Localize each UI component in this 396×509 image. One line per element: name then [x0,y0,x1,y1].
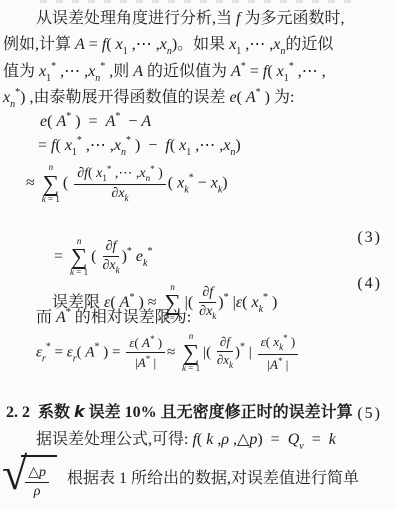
text-run: △ [28,465,39,480]
text-run: 2. 2 系数 [6,404,74,421]
text-run: k [125,193,129,203]
text-run: A [270,357,278,372]
equation-error-definition: e( A* ) = A* − A [0,110,396,133]
text-run: A [56,309,66,326]
text-run: 的近似 [285,36,333,53]
text-run: k [229,360,233,370]
text-run: 1 [102,173,107,183]
text-run: ( [197,431,206,448]
sigma-symbol: ∑ [43,173,59,195]
text-run: | [245,344,256,360]
text-run: A [138,355,146,370]
text-run: 值为 [3,63,39,80]
text-run: 为多元函数时, [240,10,344,27]
text-run: | [282,357,288,372]
fraction-numerator: ∂f( x1* ,⋯ ,xn* ) [74,164,166,185]
text-run: e [229,89,236,106]
text-run: ( [237,89,246,106]
equation-function-difference: = f( x1* ,⋯ ,xn* ) − f( x1 ,⋯ ,xn) [0,134,396,160]
text-run: x [160,36,167,53]
text-run: 的近似值为 [143,63,231,80]
text-run: ,⋯ , [56,63,88,80]
fraction-numerator: ε( xk* ) [258,333,299,354]
text-run: 误差 10% 且无密度修正时的误差计算 [85,404,353,421]
text-run: * [147,246,152,257]
text-run: 而 [36,309,56,326]
text-run: ) [261,89,274,106]
text-run: x [114,137,121,154]
text-run: r [42,353,46,364]
text-run: x [277,63,284,80]
text-run: ,⋯ , [241,36,273,53]
text-run: ( [88,166,96,181]
fraction-numerator: △p [25,465,49,483]
summation: n∑k = 1 [182,332,200,374]
text-run: = [304,431,329,448]
text-run: ( [168,174,177,191]
text-run: 1 [284,73,289,84]
text-run: n [121,147,126,158]
text-run: ∂f [202,285,213,300]
equation-3-line: = n∑k = 1( ∂f∂xk)* ek* (3) [0,215,396,260]
text-run: n [95,73,100,84]
square-root: √△pρ [2,455,57,503]
text-run: A [106,113,116,130]
body-line-sqrt: √△pρ 根据表 1 所给出的数据,对误差值进行简单 [0,452,396,508]
text-run: n [10,99,15,110]
equation-number-5-line: (5) [0,381,396,403]
fraction-numerator: ∂f [103,239,120,257]
text-run: A [142,335,150,350]
text-run: ,⋯ , [128,36,160,53]
text-run: n [146,173,151,183]
text-run: 例如,计算 [3,36,75,53]
text-run: k [329,431,336,448]
text-run: 1 [46,73,51,84]
text-run: ∂f [220,334,230,349]
text-run: k [74,402,85,421]
equation-4-line: 误差限 ε( A* ) ≈ n∑k = 1|( ∂f∂xk)* |ε( xk* … [0,261,396,306]
text-run: ) [154,335,162,350]
text-run: 的相对误差限为: [71,309,191,326]
fraction-denominator: |A* | [267,355,288,373]
text-run: ,△ [229,431,249,448]
text-run: A [85,344,94,360]
text-run: )。 [172,36,193,53]
text-run: = 1 [46,194,60,204]
equation-5-line: εr* = εr( A* ) = ε( A* )|A* |≈ n∑k = 1|(… [0,332,396,374]
section-heading-2-2: 2. 2 系数 k 误差 10% 且无密度修正时的误差计算 [0,401,396,424]
body-line-formula: 据误差处理公式,可得: f( k ,ρ ,△p) = Qv = k [0,429,396,454]
cropped-previous-line-artifact [40,0,356,3]
text-run: = [38,137,51,154]
scanned-paper-page: 从误差处理角度进行分析,当 f 为多元函数时, 例如,计算 A = f( x1 … [0,0,396,509]
text-run: − [194,174,211,191]
text-run: ,则 [105,63,133,80]
text-run: ,⋯ , [111,166,139,181]
text-run: ) = [71,113,105,130]
text-run: p [39,465,46,480]
text-run: 为: [274,89,294,106]
text-run: 从误差处理角度进行分析,当 [36,10,236,27]
text-run: 如果 [193,36,229,53]
fraction-denominator: ρ [34,483,41,500]
text-run: ∂f [106,239,117,254]
text-run: ,⋯ , [191,137,223,154]
text-run: |( [203,344,215,360]
paragraph-line-1: 从误差处理角度进行分析,当 f 为多元函数时, [0,8,396,30]
paragraph-line-2: 例如,计算 A = f( x1 ,⋯ ,xn)。如果 x1 ,⋯ ,xn的近似 [0,34,396,59]
text-run: ( [106,36,115,53]
text-run: ( [55,137,64,154]
summation-lower-limit: k = 1 [42,195,60,205]
text-run: ( [267,63,276,80]
text-run: x [116,36,123,53]
text-run: ρ [221,431,229,448]
text-run: x [65,137,72,154]
equation-number-4: (4) [357,273,382,295]
text-run: ,⋯ , [82,137,114,154]
paragraph-line-3: 值为 x1* ,⋯ ,xn* ,则 A 的近似值为 A* = f( x1* ,⋯… [0,60,396,86]
text-run: ≈ [167,344,179,360]
text-run: = [85,36,102,53]
text-run: ∂x [111,186,124,201]
text-run: ∂f [77,166,88,181]
text-run: x [211,174,218,191]
text-run: A [231,63,241,80]
fraction-numerator: ∂f [199,285,216,303]
text-run: ) − [131,137,165,154]
text-run: 据误差处理公式,可得: [36,431,192,448]
fraction: ε( xk* )|A* | [258,333,299,372]
text-run: | [150,355,156,370]
text-run: A [246,89,256,106]
text-run: = [246,63,263,80]
text-run: ) [155,166,163,181]
text-run: ( [63,174,72,191]
fraction-numerator: ε( A* ) [126,334,165,353]
text-run: ,⋯ , [294,63,326,80]
text-run: − [120,113,141,130]
summation-lower-limit: k = 1 [182,364,200,374]
text-run: = [51,344,67,360]
text-run: ( [134,335,142,350]
equation-number-3: (3) [357,227,382,249]
relative-error-intro-line: 而 A* 的相对误差限为: [0,306,396,329]
text-run: k [184,184,188,195]
text-run: ) = [257,431,287,448]
text-run: ) [235,137,240,154]
text-run: = 1 [186,363,200,373]
text-run: ρ [34,484,41,499]
fraction-numerator: ∂f [217,335,233,352]
summation: n∑k = 1 [42,163,60,205]
paragraph-line-4: xn*) ,由泰勒展开得函数值的误差 e( A* ) 为: [0,86,396,112]
equation-taylor-expansion: ≈ n∑k = 1( ∂f( x1* ,⋯ ,xn* )∂xk( xk* − x… [0,163,396,205]
fraction: ∂f∂xk [217,335,233,370]
fraction-denominator: |A* | [135,353,156,371]
fraction-denominator: ∂xk [217,352,233,370]
text-run: A [141,113,151,130]
text-run: A [133,63,143,80]
text-run: 1 [72,147,77,158]
text-run: ) = [100,344,125,360]
text-run: ∂x [217,352,229,367]
fraction: △pρ [25,465,49,500]
text-run: k [279,342,283,352]
text-run: ) [222,174,227,191]
text-run: Q [288,431,300,448]
text-run: ) [288,334,296,349]
fraction: ∂f( x1* ,⋯ ,xn* )∂xk [74,164,166,204]
text-run: 根据表 1 所给出的数据,对误差值进行简单 [63,470,359,487]
fraction-denominator: ∂xk [111,185,128,203]
text-run: ≈ [26,174,39,191]
radical-symbol: √ [2,451,27,497]
fraction: ε( A* )|A* | [126,334,165,371]
text-run: ,由泰勒展开得函数值的误差 [29,89,229,106]
text-run: A [56,113,66,130]
text-run: A [75,36,85,53]
sigma-symbol: ∑ [183,342,199,364]
text-run: ( [170,137,179,154]
